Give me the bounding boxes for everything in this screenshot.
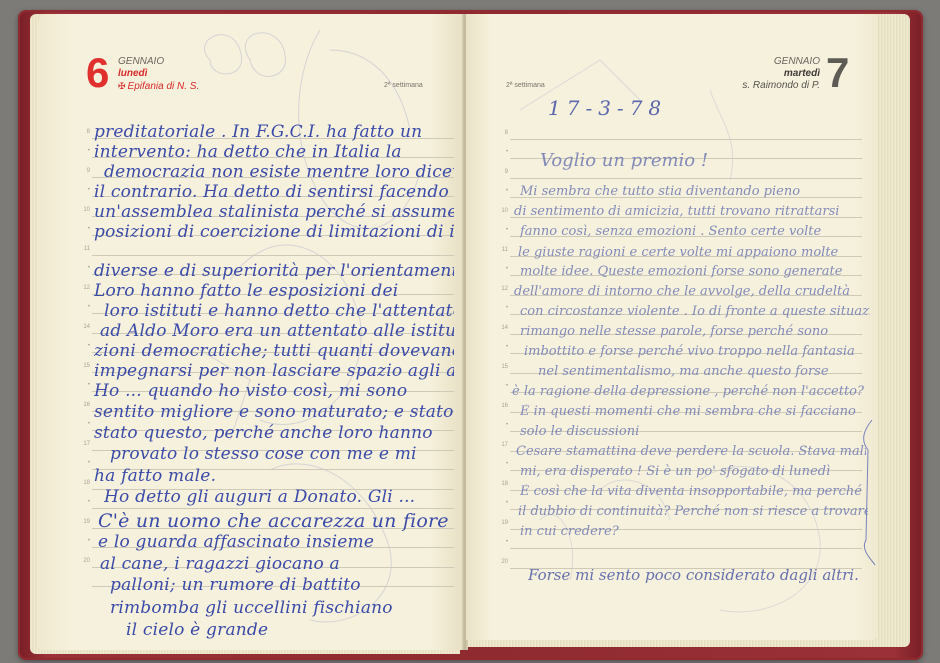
handwritten-line: molte idee. Queste emozioni forse sono g… [520,264,865,279]
line-number: 12 [80,285,90,291]
line-number: • [80,226,90,232]
line-number: • [80,421,90,427]
line-number: • [80,499,90,505]
line-number: • [498,461,508,467]
line-number: 14 [80,324,90,330]
line-number: 19 [80,519,90,525]
handwritten-line: rimbomba gli uccellini fischiano [110,598,454,618]
line-number: • [498,149,508,155]
date-header-left: GENNAIO lunedì ✠Epifania di N. S. [118,56,199,93]
month-label-right: GENNAIO [730,56,820,68]
handwritten-line: rimango nelle stesse parole, forse perch… [520,324,865,339]
line-number: • [498,539,508,545]
line-number: • [498,266,508,272]
handwritten-line: Voglio un premio ! [540,150,870,171]
handwritten-line: Ho detto gli auguri a Donato. Gli ... [104,487,454,507]
handwritten-line: È così che la vita diventa insopportabil… [520,484,865,499]
line-number: • [498,344,508,350]
handwritten-line: stato questo, perché anche loro hanno [94,423,454,443]
handwritten-line: posizioni di coercizione di limitazioni … [94,222,454,242]
line-number: • [80,148,90,154]
handwritten-line: ad Aldo Moro era un attentato alle istit… [100,321,454,341]
line-number: 20 [80,558,90,564]
line-number: • [498,422,508,428]
line-number: • [80,265,90,271]
line-number: 17 [80,441,90,447]
saint-label-left: ✠Epifania di N. S. [118,80,199,93]
handwritten-line: ha fatto male. [94,466,454,486]
handwritten-line: nel sentimentalismo, ma anche questo for… [538,364,863,379]
line-number: 18 [80,480,90,486]
line-number: 8 [498,130,508,136]
handwritten-line: dell'amore di intorno che le avvolge, de… [514,284,864,299]
line-number: 16 [80,402,90,408]
handwritten-line: il contrario. Ha detto di sentirsi facen… [94,182,454,202]
handwritten-date: 17-3-78 [548,96,667,120]
handwritten-line: le giuste ragioni e certe volte mi appai… [518,245,868,260]
line-number: 20 [498,559,508,565]
line-number: 17 [498,442,508,448]
handwritten-line: di sentimento di amicizia, tutti trovano… [514,204,864,219]
week-label-right: 2ª settimana [506,82,545,89]
handwritten-line: un'assemblea stalinista perché si assume… [94,202,454,222]
handwritten-line: preditatoriale . In F.G.C.I. ha fatto un [94,122,454,142]
handwritten-line: loro istituti e hanno detto che l'attent… [104,301,454,321]
handwritten-line: Forse mi sento poco considerato dagli al… [528,566,868,584]
handwritten-line: Loro hanno fatto le esposizioni dei [94,281,454,301]
line-number: • [498,500,508,506]
handwritten-line: palloni; un rumore di battito [110,575,454,595]
handwritten-line: Ho ... quando ho visto così, mi sono [94,381,454,401]
handwritten-line: zioni democratiche; tutti quanti dovevan… [94,341,454,361]
handwritten-line: solo le discussioni [520,424,865,439]
line-number: 19 [498,520,508,526]
handwritten-line: sentito migliore e sono maturato; e stat… [94,402,454,422]
month-label-left: GENNAIO [118,56,199,68]
handwritten-line: Cesare stamattina deve perdere la scuola… [516,444,866,459]
handwritten-line: democrazia non esiste mentre loro diceva… [104,162,454,182]
line-number: • [80,382,90,388]
handwritten-line: mi, era disperato ! Si è un po' sfogato … [520,464,865,479]
handwritten-line: impegnarsi per non lasciare spazio agli … [94,361,454,381]
cross-icon: ✠ [118,81,126,91]
weekday-label-left: lunedì [118,68,199,80]
handwritten-line: e lo guarda affascinato insieme [98,532,454,552]
line-number: • [80,304,90,310]
line-number: 15 [498,364,508,370]
saint-label-right: s. Raimondo di P. [730,80,820,92]
line-number: 8 [80,129,90,135]
line-number: 10 [498,208,508,214]
handwritten-line: al cane, i ragazzi giocano a [100,554,454,574]
handwritten-line: intervento: ha detto che in Italia la [94,142,454,162]
line-number: 9 [498,169,508,175]
line-number: • [498,188,508,194]
handwritten-line: È in questi momenti che mi sembra che si… [520,404,865,419]
line-number: 14 [498,325,508,331]
line-number: 11 [80,246,90,252]
handwritten-line: con circostanze violente . Io di fronte … [520,304,870,319]
handwritten-line: fanno così, senza emozioni . Sento certe… [520,224,865,239]
handwritten-line: in cui credere? [520,524,865,539]
handwritten-line: imbottito e forse perché vivo troppo nel… [524,344,864,359]
day-number-right: 7 [826,52,849,94]
handwritten-line: è la ragione della depressione , perché … [512,384,864,399]
handwritten-line: C'è un uomo che accarezza un fiore [98,510,454,532]
line-number: 9 [80,168,90,174]
line-number: 15 [80,363,90,369]
day-number-left: 6 [86,52,109,94]
line-number: • [498,383,508,389]
ruled-line: 8 [510,120,862,140]
handwritten-line: diverse e di superiorità per l'orientame… [94,261,454,281]
weekday-label-right: martedì [730,68,820,80]
line-number: • [498,227,508,233]
line-number: 16 [498,403,508,409]
line-number: 10 [80,207,90,213]
line-number: 11 [498,247,508,253]
line-number: • [80,343,90,349]
line-number: 18 [498,481,508,487]
handwritten-line: provato lo stesso cose con me e mi [110,444,454,464]
handwritten-line: Mi sembra che tutto stia diventando pien… [520,184,865,199]
week-label-left: 2ª settimana [384,82,423,89]
handwritten-line: il dubbio di continuità? Perché non si r… [518,504,868,519]
date-header-right: GENNAIO martedì s. Raimondo di P. [730,56,820,92]
handwritten-line: il cielo è grande [126,620,454,640]
line-number: 12 [498,286,508,292]
saint-text-left: Epifania di N. S. [128,81,200,92]
line-number: • [80,460,90,466]
line-number: • [498,305,508,311]
line-number: • [80,187,90,193]
line-number: • [80,538,90,544]
